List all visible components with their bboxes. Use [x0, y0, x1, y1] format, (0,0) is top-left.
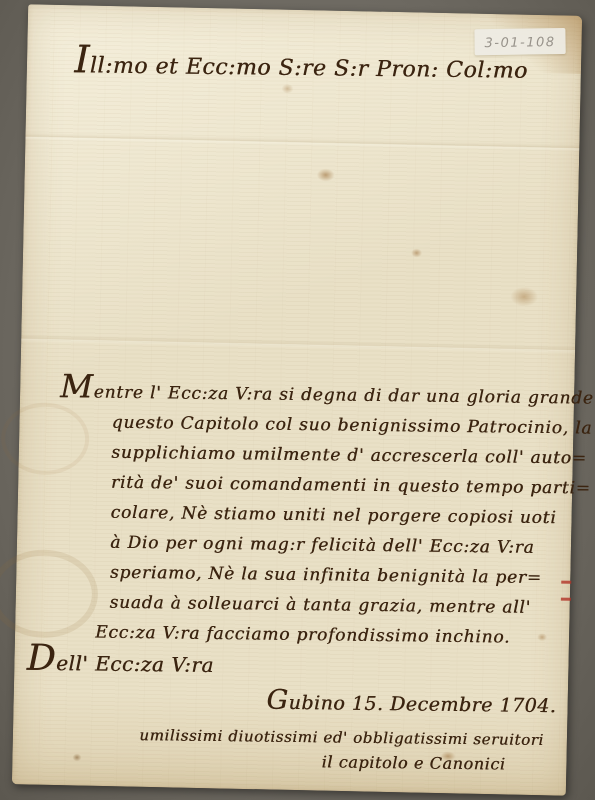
salutation-line: Ill:mo et Ecc:mo S:re S:r Pron: Col:mo — [24, 37, 578, 88]
body-line: Ecc:za V:ra facciamo profondissimo inchi… — [95, 618, 553, 654]
photograph-background: 3-01-108 Ill:mo et Ecc:mo S:re S:r Pron:… — [0, 0, 595, 800]
letter-paper: 3-01-108 Ill:mo et Ecc:mo S:re S:r Pron:… — [12, 4, 582, 795]
closing-line: Dell' Ecc:za V:ra — [27, 651, 214, 677]
dateline: Gubino 15. Decembre 1704. — [266, 692, 556, 718]
letter-content: Ill:mo et Ecc:mo S:re S:r Pron: Col:mo M… — [15, 7, 578, 794]
signature-line-1: umilissimi diuotissimi ed' obbligatissim… — [139, 726, 544, 749]
letter-body: Mentre l' Ecc:za V:ra si degna di dar un… — [37, 377, 556, 653]
signature-line-2: il capitolo e Canonici — [321, 752, 505, 773]
